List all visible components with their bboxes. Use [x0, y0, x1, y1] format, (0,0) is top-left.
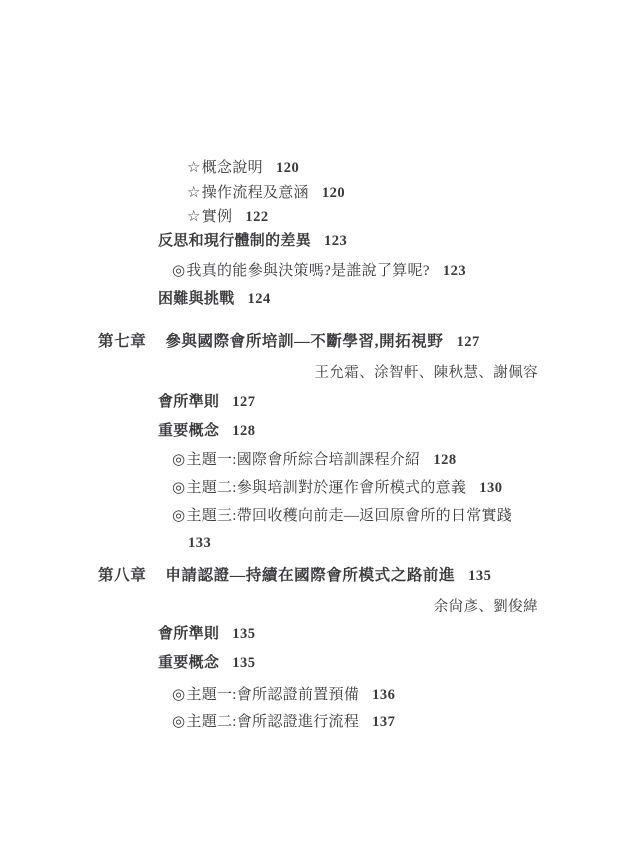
page-number: 130 — [479, 480, 502, 496]
chapter7-concepts: 重要概念128 — [158, 421, 255, 441]
entry-label: 會所準則 — [158, 394, 219, 410]
page-number: 124 — [248, 291, 271, 307]
entry-label: 主題二:參與培訓對於運作會所模式的意義 — [186, 480, 466, 496]
page-number: 135 — [232, 655, 255, 671]
entry-label: 操作流程及意涵 — [202, 185, 309, 201]
chapter-title: 參與國際會所培訓—不斷學習,開拓視野 — [165, 333, 443, 350]
page-number: 120 — [276, 160, 299, 176]
page-number: 128 — [433, 452, 456, 468]
chapter8-authors: 余尙彥、劉俊緯 — [434, 595, 538, 616]
chapter-label: 第七章 — [98, 333, 146, 350]
page-number: 120 — [322, 185, 345, 201]
page-number: 127 — [457, 334, 480, 350]
chapter8-concepts: 重要概念135 — [158, 653, 255, 673]
chapter7-heading: 第七章參與國際會所培訓—不斷學習,開拓視野127 — [98, 332, 480, 352]
chapter8-standards: 會所準則135 — [158, 624, 255, 644]
chapter7-authors: 王允霜、涂智軒、陳秋慧、謝佩容 — [315, 361, 539, 382]
page-number: 123 — [324, 233, 347, 249]
circle-icon: ◎ — [172, 261, 185, 281]
circle-icon: ◎ — [172, 478, 185, 498]
page-number: 135 — [468, 568, 491, 584]
star-icon: ☆ — [187, 207, 201, 227]
chapter8-topic-1: ◎主題一:會所認證前置預備136 — [172, 685, 395, 705]
page-number: 123 — [443, 263, 466, 279]
star-icon: ☆ — [187, 158, 201, 178]
page-number: 127 — [232, 394, 255, 410]
toc-page: ☆概念說明120 ☆操作流程及意涵120 ☆實例122 反思和現行體制的差異12… — [0, 0, 627, 842]
entry-label: 主題一:國際會所綜合培訓課程介紹 — [186, 452, 420, 468]
page-number: 135 — [232, 626, 255, 642]
entry-label: 重要概念 — [158, 655, 219, 671]
toc-entry-star-process: ☆操作流程及意涵120 — [187, 183, 345, 203]
toc-entry-challenges: 困難與挑戰124 — [158, 289, 271, 309]
chapter8-heading: 第八章申請認證—持續在國際會所模式之路前進135 — [98, 566, 491, 586]
entry-label: 主題三:帶回收穫向前走—返回原會所的日常實踐 — [186, 508, 512, 524]
toc-entry-reflection: 反思和現行體制的差異123 — [158, 231, 347, 251]
circle-icon: ◎ — [172, 506, 185, 526]
chapter7-standards: 會所準則127 — [158, 392, 255, 412]
entry-label: 困難與挑戰 — [158, 291, 235, 307]
entry-label: 會所準則 — [158, 626, 219, 642]
chapter8-topic-2: ◎主題二:會所認證進行流程137 — [172, 712, 395, 732]
circle-icon: ◎ — [172, 685, 185, 705]
chapter-title: 申請認證—持續在國際會所模式之路前進 — [165, 567, 455, 584]
chapter7-topic-2: ◎主題二:參與培訓對於運作會所模式的意義130 — [172, 478, 503, 498]
page-number: 122 — [245, 209, 268, 225]
toc-entry-star-concept: ☆概念說明120 — [187, 158, 299, 178]
toc-entry-star-example: ☆實例122 — [187, 207, 269, 227]
chapter7-topic-3-page: 133 — [188, 533, 211, 553]
entry-label: 重要概念 — [158, 423, 219, 439]
circle-icon: ◎ — [172, 712, 185, 732]
page-number: 128 — [232, 423, 255, 439]
entry-label: 反思和現行體制的差異 — [158, 233, 311, 249]
page-number: 136 — [372, 687, 395, 703]
entry-label: 主題二:會所認證進行流程 — [186, 714, 359, 730]
entry-label: 實例 — [202, 209, 233, 225]
star-icon: ☆ — [187, 183, 201, 203]
chapter7-topic-3: ◎主題三:帶回收穫向前走—返回原會所的日常實踐 — [172, 506, 512, 526]
circle-icon: ◎ — [172, 450, 185, 470]
chapter7-topic-1: ◎主題一:國際會所綜合培訓課程介紹128 — [172, 450, 457, 470]
entry-label: 我真的能參與決策嗎?是誰說了算呢? — [186, 263, 429, 279]
entry-label: 主題一:會所認證前置預備 — [186, 687, 359, 703]
entry-label: 概念說明 — [202, 160, 263, 176]
toc-entry-reflection-sub: ◎我真的能參與決策嗎?是誰說了算呢?123 — [172, 261, 466, 281]
chapter-label: 第八章 — [98, 567, 146, 584]
page-number: 137 — [372, 714, 395, 730]
page-number: 133 — [188, 535, 211, 551]
